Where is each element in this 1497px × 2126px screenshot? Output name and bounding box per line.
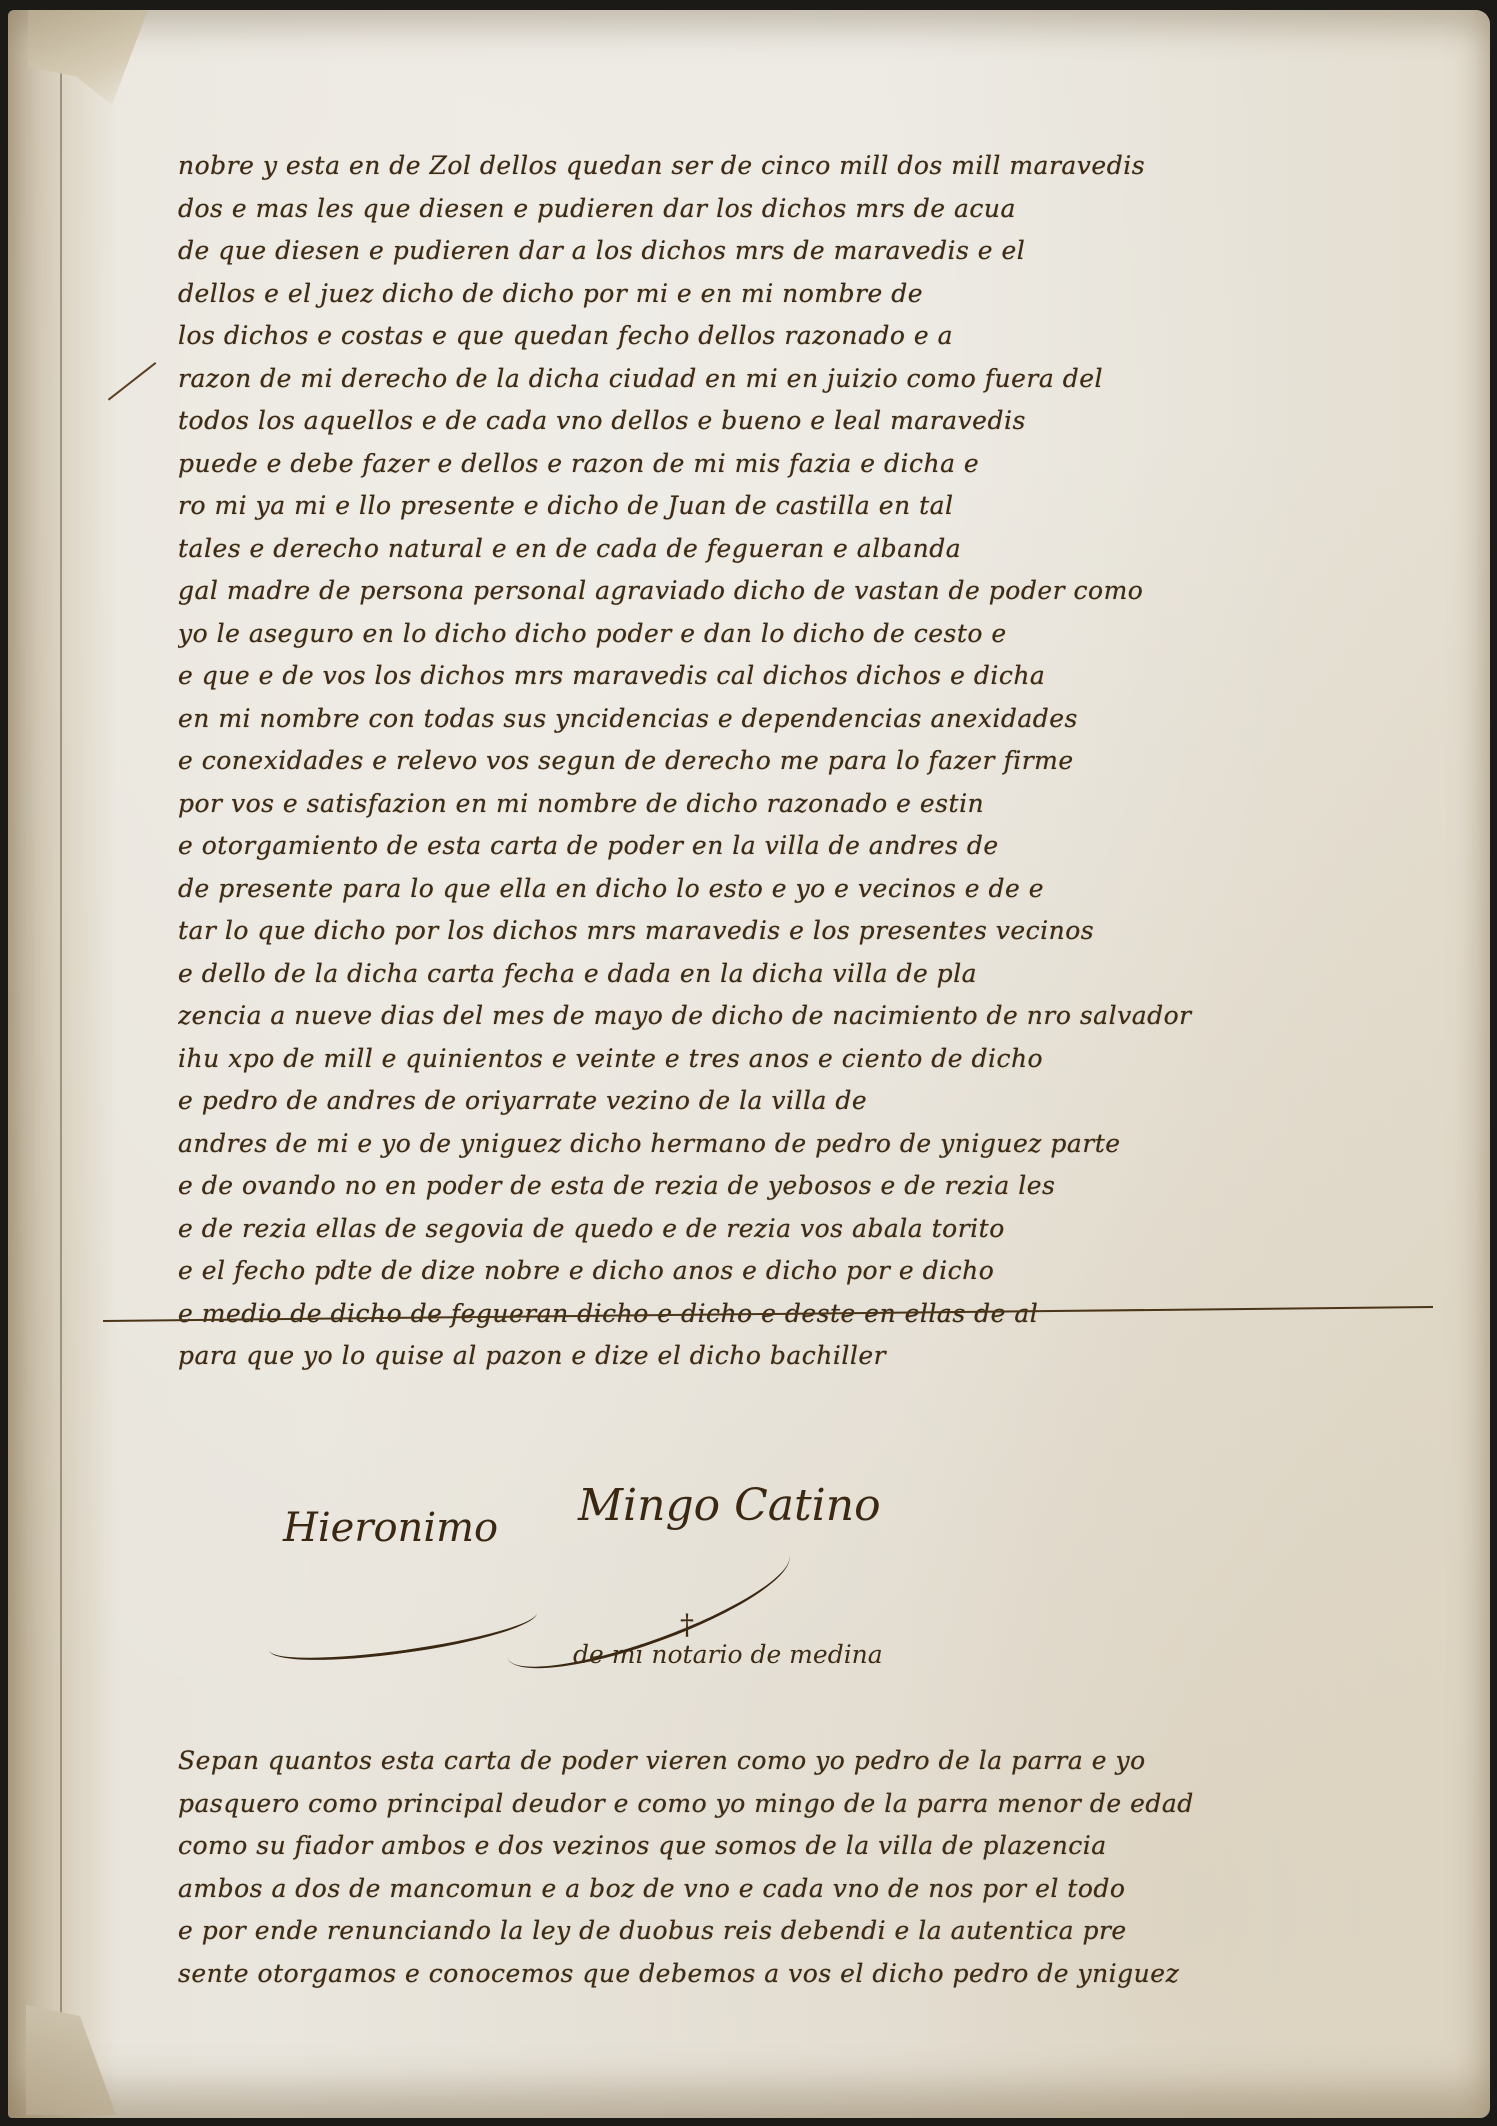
text-line: e que e de vos los dichos mrs maravedis … (178, 655, 1428, 698)
text-line: e de ovando no en poder de esta de rezia… (178, 1165, 1428, 1208)
signature-first: Hieronimo (283, 1505, 498, 1551)
text-line: dos e mas les que diesen e pudieren dar … (178, 188, 1428, 231)
folded-corner-bottom (26, 2005, 116, 2115)
text-line: razon de mi derecho de la dicha ciudad e… (178, 358, 1428, 401)
text-line: tales e derecho natural e en de cada de … (178, 528, 1428, 571)
text-line: nobre y esta en de Zol dellos quedan ser… (178, 145, 1428, 188)
text-line: yo le aseguro en lo dicho dicho poder e … (178, 613, 1428, 656)
text-line: todos los aquellos e de cada vno dellos … (178, 400, 1428, 443)
text-line: de presente para lo que ella en dicho lo… (178, 868, 1428, 911)
text-line: por vos e satisfazion en mi nombre de di… (178, 783, 1428, 826)
text-line: Sepan quantos esta carta de poder vieren… (178, 1740, 1428, 1783)
text-line: tar lo que dicho por los dichos mrs mara… (178, 910, 1428, 953)
notary-rubric: de mi notario de medina (573, 1640, 883, 1669)
text-line: zencia a nueve dias del mes de mayo de d… (178, 995, 1428, 1038)
text-line: ihu xpo de mill e quinientos e veinte e … (178, 1038, 1428, 1081)
text-line: como su fiador ambos e dos vezinos que s… (178, 1825, 1428, 1868)
text-line: e conexidades e relevo vos segun de dere… (178, 740, 1428, 783)
second-paragraph: Sepan quantos esta carta de poder vieren… (178, 1740, 1428, 1995)
main-text-block: nobre y esta en de Zol dellos quedan ser… (178, 145, 1428, 1378)
text-line: de que diesen e pudieren dar a los dicho… (178, 230, 1428, 273)
margin-mark (108, 362, 158, 403)
text-line: pasquero como principal deudor e como yo… (178, 1783, 1428, 1826)
binding-edge (60, 30, 62, 2090)
text-line: puede e debe fazer e dellos e razon de m… (178, 443, 1428, 486)
signature-second: Mingo Catino (578, 1480, 881, 1531)
text-line: e de rezia ellas de segovia de quedo e d… (178, 1208, 1428, 1251)
text-line: andres de mi e yo de yniguez dicho herma… (178, 1123, 1428, 1166)
text-line: dellos e el juez dicho de dicho por mi e… (178, 273, 1428, 316)
text-line: gal madre de persona personal agraviado … (178, 570, 1428, 613)
text-line: sente otorgamos e conocemos que debemos … (178, 1953, 1428, 1996)
text-line: e dello de la dicha carta fecha e dada e… (178, 953, 1428, 996)
text-line: e por ende renunciando la ley de duobus … (178, 1910, 1428, 1953)
text-line: e otorgamiento de esta carta de poder en… (178, 825, 1428, 868)
text-line: ro mi ya mi e llo presente e dicho de Ju… (178, 485, 1428, 528)
manuscript-page: nobre y esta en de Zol dellos quedan ser… (8, 10, 1490, 2118)
cross-mark-icon: † (680, 1608, 694, 1641)
text-line: ambos a dos de mancomun e a boz de vno e… (178, 1868, 1428, 1911)
text-line: e el fecho pdte de dize nobre e dicho an… (178, 1250, 1428, 1293)
text-line: para que yo lo quise al pazon e dize el … (178, 1335, 1428, 1378)
text-line: e pedro de andres de oriyarrate vezino d… (178, 1080, 1428, 1123)
text-line: los dichos e costas e que quedan fecho d… (178, 315, 1428, 358)
text-line: en mi nombre con todas sus yncidencias e… (178, 698, 1428, 741)
folded-corner-top (28, 10, 148, 105)
